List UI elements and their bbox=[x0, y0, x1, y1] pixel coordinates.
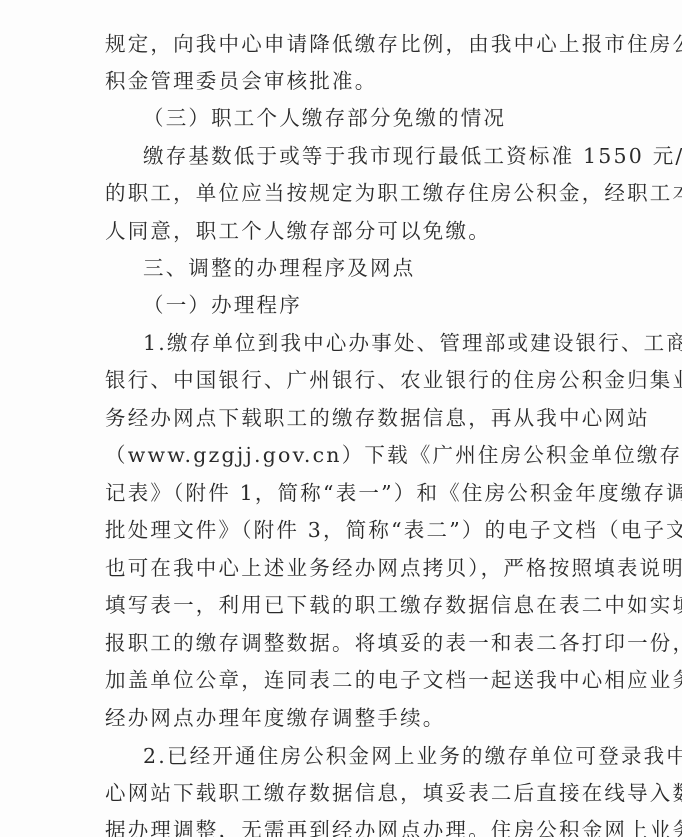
text-line: 三、调整的办理程序及网点 bbox=[143, 255, 591, 281]
text-line: 规定，向我中心申请降低缴存比例，由我中心上报市住房公 bbox=[105, 31, 591, 57]
text-line: 1.缴存单位到我中心办事处、管理部或建设银行、工商 bbox=[143, 330, 591, 356]
text-line: 人同意，职工个人缴存部分可以免缴。 bbox=[105, 218, 591, 244]
text-line: 批处理文件》（附件 3，简称“表二”）的电子文档（电子文档 bbox=[105, 517, 591, 543]
text-line: 据办理调整，无需再到经办网点办理。住房公积金网上业务 bbox=[105, 817, 591, 837]
text-line: （一）办理程序 bbox=[143, 292, 591, 318]
text-line: 也可在我中心上述业务经办网点拷贝），严格按照填表说明 bbox=[105, 555, 591, 581]
text-line: 积金管理委员会审核批准。 bbox=[105, 68, 591, 94]
text-line: （www.gzgjj.gov.cn）下载《广州住房公积金单位缴存调整登 bbox=[105, 442, 591, 468]
text-line: （三）职工个人缴存部分免缴的情况 bbox=[143, 105, 591, 131]
text-line: 记表》（附件 1，简称“表一”）和《住房公积金年度缴存调整 bbox=[105, 480, 591, 506]
document-page: 规定，向我中心申请降低缴存比例，由我中心上报市住房公积金管理委员会审核批准。（三… bbox=[0, 0, 682, 837]
text-line: 务经办网点下载职工的缴存数据信息，再从我中心网站 bbox=[105, 405, 591, 431]
text-line: 心网站下载职工缴存数据信息，填妥表二后直接在线导入数 bbox=[105, 780, 591, 806]
text-line: 经办网点办理年度缴存调整手续。 bbox=[105, 705, 591, 731]
text-line: 报职工的缴存调整数据。将填妥的表一和表二各打印一份， bbox=[105, 630, 591, 656]
text-line: 缴存基数低于或等于我市现行最低工资标准 1550 元/月 bbox=[143, 143, 591, 169]
text-line: 银行、中国银行、广州银行、农业银行的住房公积金归集业 bbox=[105, 367, 591, 393]
text-line: 填写表一，利用已下载的职工缴存数据信息在表二中如实填 bbox=[105, 592, 591, 618]
text-line: 加盖单位公章，连同表二的电子文档一起送我中心相应业务 bbox=[105, 667, 591, 693]
text-line: 的职工，单位应当按规定为职工缴存住房公积金，经职工本 bbox=[105, 180, 591, 206]
text-line: 2.已经开通住房公积金网上业务的缴存单位可登录我中 bbox=[143, 743, 591, 769]
